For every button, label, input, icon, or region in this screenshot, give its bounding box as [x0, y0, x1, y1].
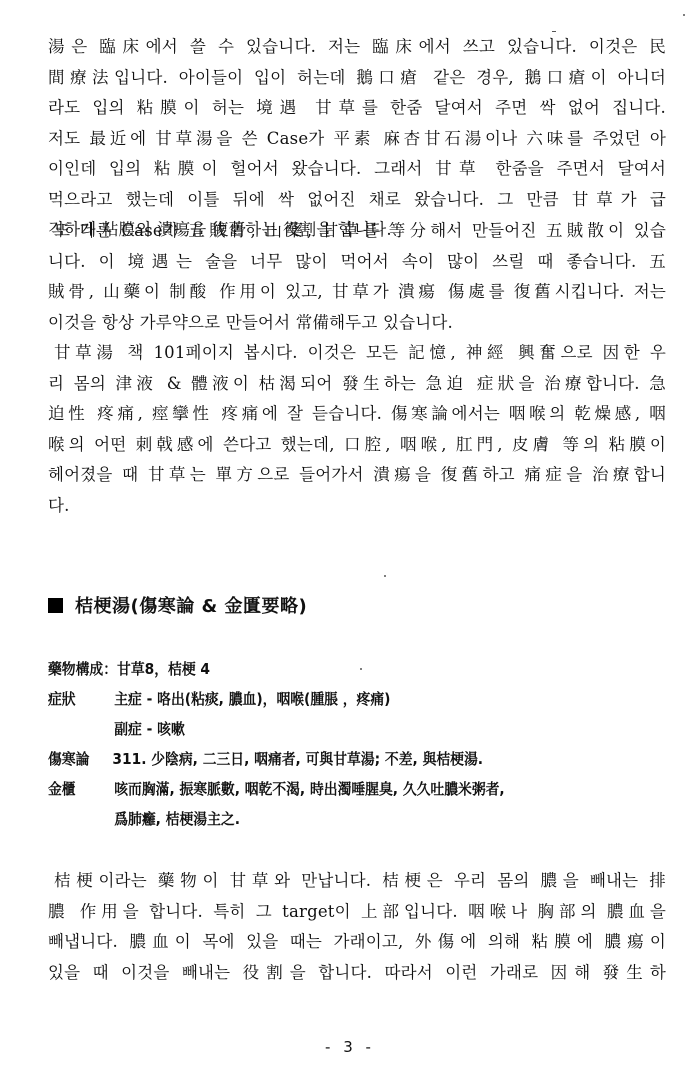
text-line: 이것을 항상 가루약으로 만들어서 常備해두고 있습니다. — [48, 308, 666, 339]
composition-value: ：甘草8，桔梗 4 — [103, 654, 210, 684]
text-line: 먹으라고 했는데 이틀 뒤에 싹 없어진 채로 왔습니다. 그 만큼 甘草가 급 — [48, 185, 666, 216]
sub-symptom: 副症 - 咳嗽 — [114, 714, 185, 744]
text-line: 리 몸의 津液 & 體液이 枯渴되어 發生하는 急迫 症狀을 治療합니다. 急 — [48, 369, 666, 400]
paragraph-platycodon: 桔梗이라는 藥物이 甘草와 만납니다. 桔梗은 우리 몸의 膿을 빼내는 排 膿… — [48, 866, 666, 988]
text-line: 喉의 어떤 刺戟感에 쓴다고 했는데, 口腔, 咽喉, 肛門, 皮膚 等의 粘膜… — [48, 430, 666, 461]
shanghan-text: 311. 少陰病, 二三日, 咽痛者, 可與甘草湯; 不差, 與桔梗湯. — [112, 744, 483, 774]
text-line: 니다. 이 境遇는 술을 너무 많이 먹어서 속이 많이 쓰릴 때 좋습니다. … — [48, 247, 666, 278]
section-title-text: 桔梗湯(傷寒論 & 金匱要略) — [75, 592, 307, 618]
composition-label: 藥物構成 — [48, 654, 103, 684]
text-line: 賊骨, 山藥이 制酸 作用이 있고, 甘草가 潰瘍 傷處를 復舊시킵니다. 저는 — [48, 277, 666, 308]
text-line: 間療法입니다. 아이들이 입이 허는데 鵝口瘡 같은 경우, 鵝口瘡이 아니더 — [48, 63, 666, 94]
document-page: 湯은 臨床에서 쓸 수 있습니다. 저는 臨床에서 쓰고 있습니다. 이것은 民… — [0, 0, 700, 1084]
paragraph-ozeoksan-case: 또 다른 Case가 五賊骨, 山藥, 甘草를 等分해서 만들어진 五賊散이 있… — [48, 216, 666, 338]
symptoms-label: 症狀 — [48, 684, 114, 714]
scan-speck — [360, 668, 362, 670]
jingui-row: 金櫃 咳而胸滿, 振寒脈數, 咽乾不渴, 時出濁唾腥臭, 久久吐膿米粥者, — [48, 774, 637, 804]
text-line: 헤어졌을 때 甘草는 單方으로 들어가서 潰瘍을 復舊하고 痛症을 治療합니 — [48, 460, 666, 491]
paragraph-licorice-clinical: 湯은 臨床에서 쓸 수 있습니다. 저는 臨床에서 쓰고 있습니다. 이것은 民… — [48, 32, 666, 246]
text-line: 저도 最近에 甘草湯을 쓴 Case가 平素 麻杏甘石湯이나 六味를 주었던 아 — [48, 124, 666, 155]
text-line: 있을 때 이것을 빼내는 役割을 합니다. 따라서 이런 가래로 因해 發生하 — [48, 958, 666, 989]
text-line: 甘草湯 책 101페이지 봅시다. 이것은 모든 記憶, 神經 興奮으로 因한 … — [48, 338, 666, 369]
prescription-block: 藥物構成 ：甘草8，桔梗 4 症狀 主症 - 咯出(粘痰, 膿血)，咽喉(腫脹 … — [48, 654, 637, 834]
jingui-text-continued: 爲肺癰, 桔梗湯主之. — [114, 804, 240, 834]
jingui-continued-row: 爲肺癰, 桔梗湯主之. — [48, 804, 637, 834]
text-line: 또 다른 Case가 五賊骨, 山藥, 甘草를 等分해서 만들어진 五賊散이 있… — [48, 216, 666, 247]
scan-speck — [552, 31, 556, 32]
text-line: 이인데 입의 粘膜이 헐어서 왔습니다. 그래서 甘草 한줌을 주면서 달여서 — [48, 154, 666, 185]
main-symptom: 主症 - 咯出(粘痰, 膿血)，咽喉(腫脹 ，疼痛) — [114, 684, 390, 714]
text-line: 빼냅니다. 膿血이 목에 있을 때는 가래이고, 外傷에 의해 粘膜에 膿瘍이 — [48, 927, 666, 958]
shanghan-row: 傷寒論 311. 少陰病, 二三日, 咽痛者, 可與甘草湯; 不差, 與桔梗湯. — [48, 744, 637, 774]
shanghan-label: 傷寒論 — [48, 744, 112, 774]
scan-speck — [384, 575, 386, 577]
sub-symptom-row: 副症 - 咳嗽 — [48, 714, 637, 744]
scan-speck — [683, 14, 685, 16]
jingui-text: 咳而胸滿, 振寒脈數, 咽乾不渴, 時出濁唾腥臭, 久久吐膿米粥者, — [114, 774, 504, 804]
jingui-label: 金櫃 — [48, 774, 114, 804]
composition-row: 藥物構成 ：甘草8，桔梗 4 — [48, 654, 637, 684]
section-heading: 桔梗湯(傷寒論 & 金匱要略) — [48, 592, 307, 618]
text-line: 迫性 疼痛, 痙攣性 疼痛에 잘 듣습니다. 傷寒論에서는 咽喉의 乾燥感, 咽 — [48, 399, 666, 430]
text-line: 膿 作用을 합니다. 특히 그 target이 上部입니다. 咽喉나 胸部의 膿… — [48, 897, 666, 928]
text-line: 桔梗이라는 藥物이 甘草와 만납니다. 桔梗은 우리 몸의 膿을 빼내는 排 — [48, 866, 666, 897]
text-line: 湯은 臨床에서 쓸 수 있습니다. 저는 臨床에서 쓰고 있습니다. 이것은 民 — [48, 32, 666, 63]
paragraph-gamcho-tang: 甘草湯 책 101페이지 봅시다. 이것은 모든 記憶, 神經 興奮으로 因한 … — [48, 338, 666, 521]
page-number: - 3 - — [0, 1038, 700, 1056]
text-line: 라도 입의 粘膜이 허는 境遇 甘草를 한줌 달여서 주면 싹 없어 집니다. — [48, 93, 666, 124]
black-square-icon — [48, 598, 63, 613]
symptoms-row: 症狀 主症 - 咯出(粘痰, 膿血)，咽喉(腫脹 ，疼痛) — [48, 684, 637, 714]
text-line: 다. — [48, 491, 666, 522]
